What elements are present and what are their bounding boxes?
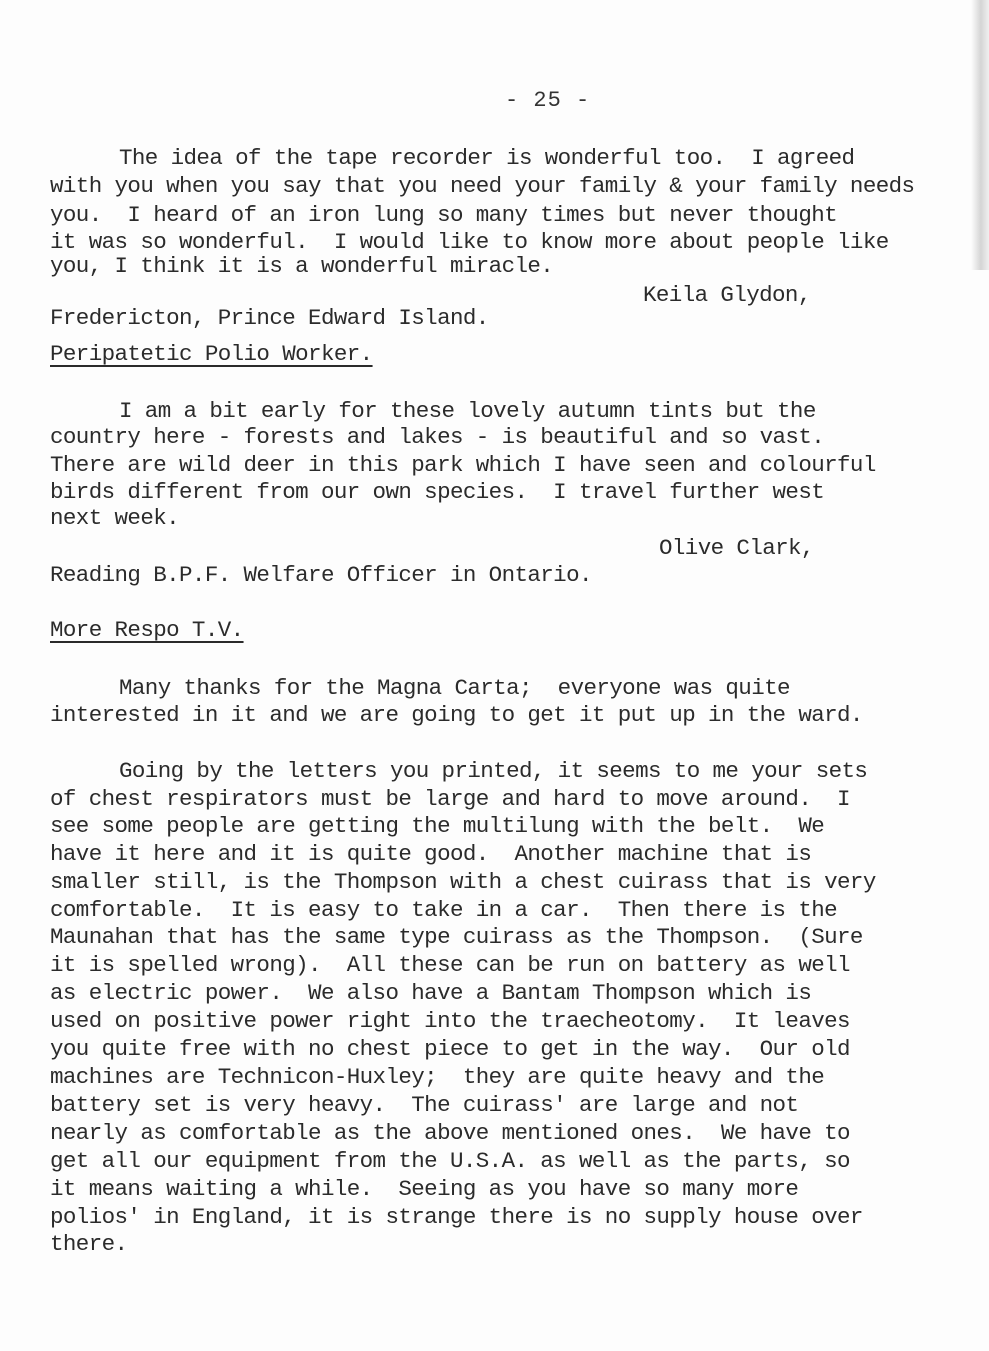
text-line: I am a bit early for these lovely autumn…	[119, 398, 816, 424]
text-line: have it here and it is quite good. Anoth…	[50, 841, 811, 867]
text-line: Maunahan that has the same type cuirass …	[50, 924, 863, 950]
signature: Olive Clark,	[659, 535, 814, 561]
signature-location: Fredericton, Prince Edward Island.	[50, 305, 489, 331]
text-line: next week.	[50, 505, 179, 531]
section-heading: Peripatetic Polio Worker.	[50, 341, 373, 367]
text-line: see some people are getting the multilun…	[50, 813, 824, 839]
text-line: it is spelled wrong). All these can be r…	[50, 952, 850, 978]
text-line: Going by the letters you printed, it see…	[119, 758, 867, 784]
text-line: battery set is very heavy. The cuirass' …	[50, 1092, 798, 1118]
signature: Keila Glydon,	[643, 282, 811, 308]
text-line: it was so wonderful. I would like to kno…	[50, 229, 889, 255]
text-line: it means waiting a while. Seeing as you …	[50, 1176, 798, 1202]
text-line: interested in it and we are going to get…	[50, 702, 863, 728]
text-line: of chest respirators must be large and h…	[50, 786, 850, 812]
text-line: with you when you say that you need your…	[50, 173, 914, 199]
text-line: get all our equipment from the U.S.A. as…	[50, 1148, 850, 1174]
text-line: polios' in England, it is strange there …	[50, 1204, 863, 1230]
text-line: Many thanks for the Magna Carta; everyon…	[119, 675, 790, 701]
text-line: birds different from our own species. I …	[50, 479, 824, 505]
text-line: you. I heard of an iron lung so many tim…	[50, 202, 837, 228]
text-line: nearly as comfortable as the above menti…	[50, 1120, 850, 1146]
text-line: There are wild deer in this park which I…	[50, 452, 876, 478]
signature-location: Reading B.P.F. Welfare Officer in Ontari…	[50, 562, 592, 588]
document-page: - 25 - The idea of the tape recorder is …	[0, 0, 989, 1351]
text-line: you, I think it is a wonderful miracle.	[50, 253, 553, 279]
text-line: The idea of the tape recorder is wonderf…	[119, 145, 854, 171]
text-line: as electric power. We also have a Bantam…	[50, 980, 811, 1006]
text-line: you quite free with no chest piece to ge…	[50, 1036, 850, 1062]
page-number: - 25 -	[0, 88, 989, 113]
text-line: smaller still, is the Thompson with a ch…	[50, 869, 876, 895]
scan-shadow	[971, 0, 989, 270]
section-heading: More Respo T.V.	[50, 617, 244, 643]
text-line: used on positive power right into the tr…	[50, 1008, 850, 1034]
text-line: country here - forests and lakes - is be…	[50, 424, 824, 450]
text-line: comfortable. It is easy to take in a car…	[50, 897, 837, 923]
text-line: machines are Technicon-Huxley; they are …	[50, 1064, 824, 1090]
text-line: there.	[50, 1231, 127, 1257]
